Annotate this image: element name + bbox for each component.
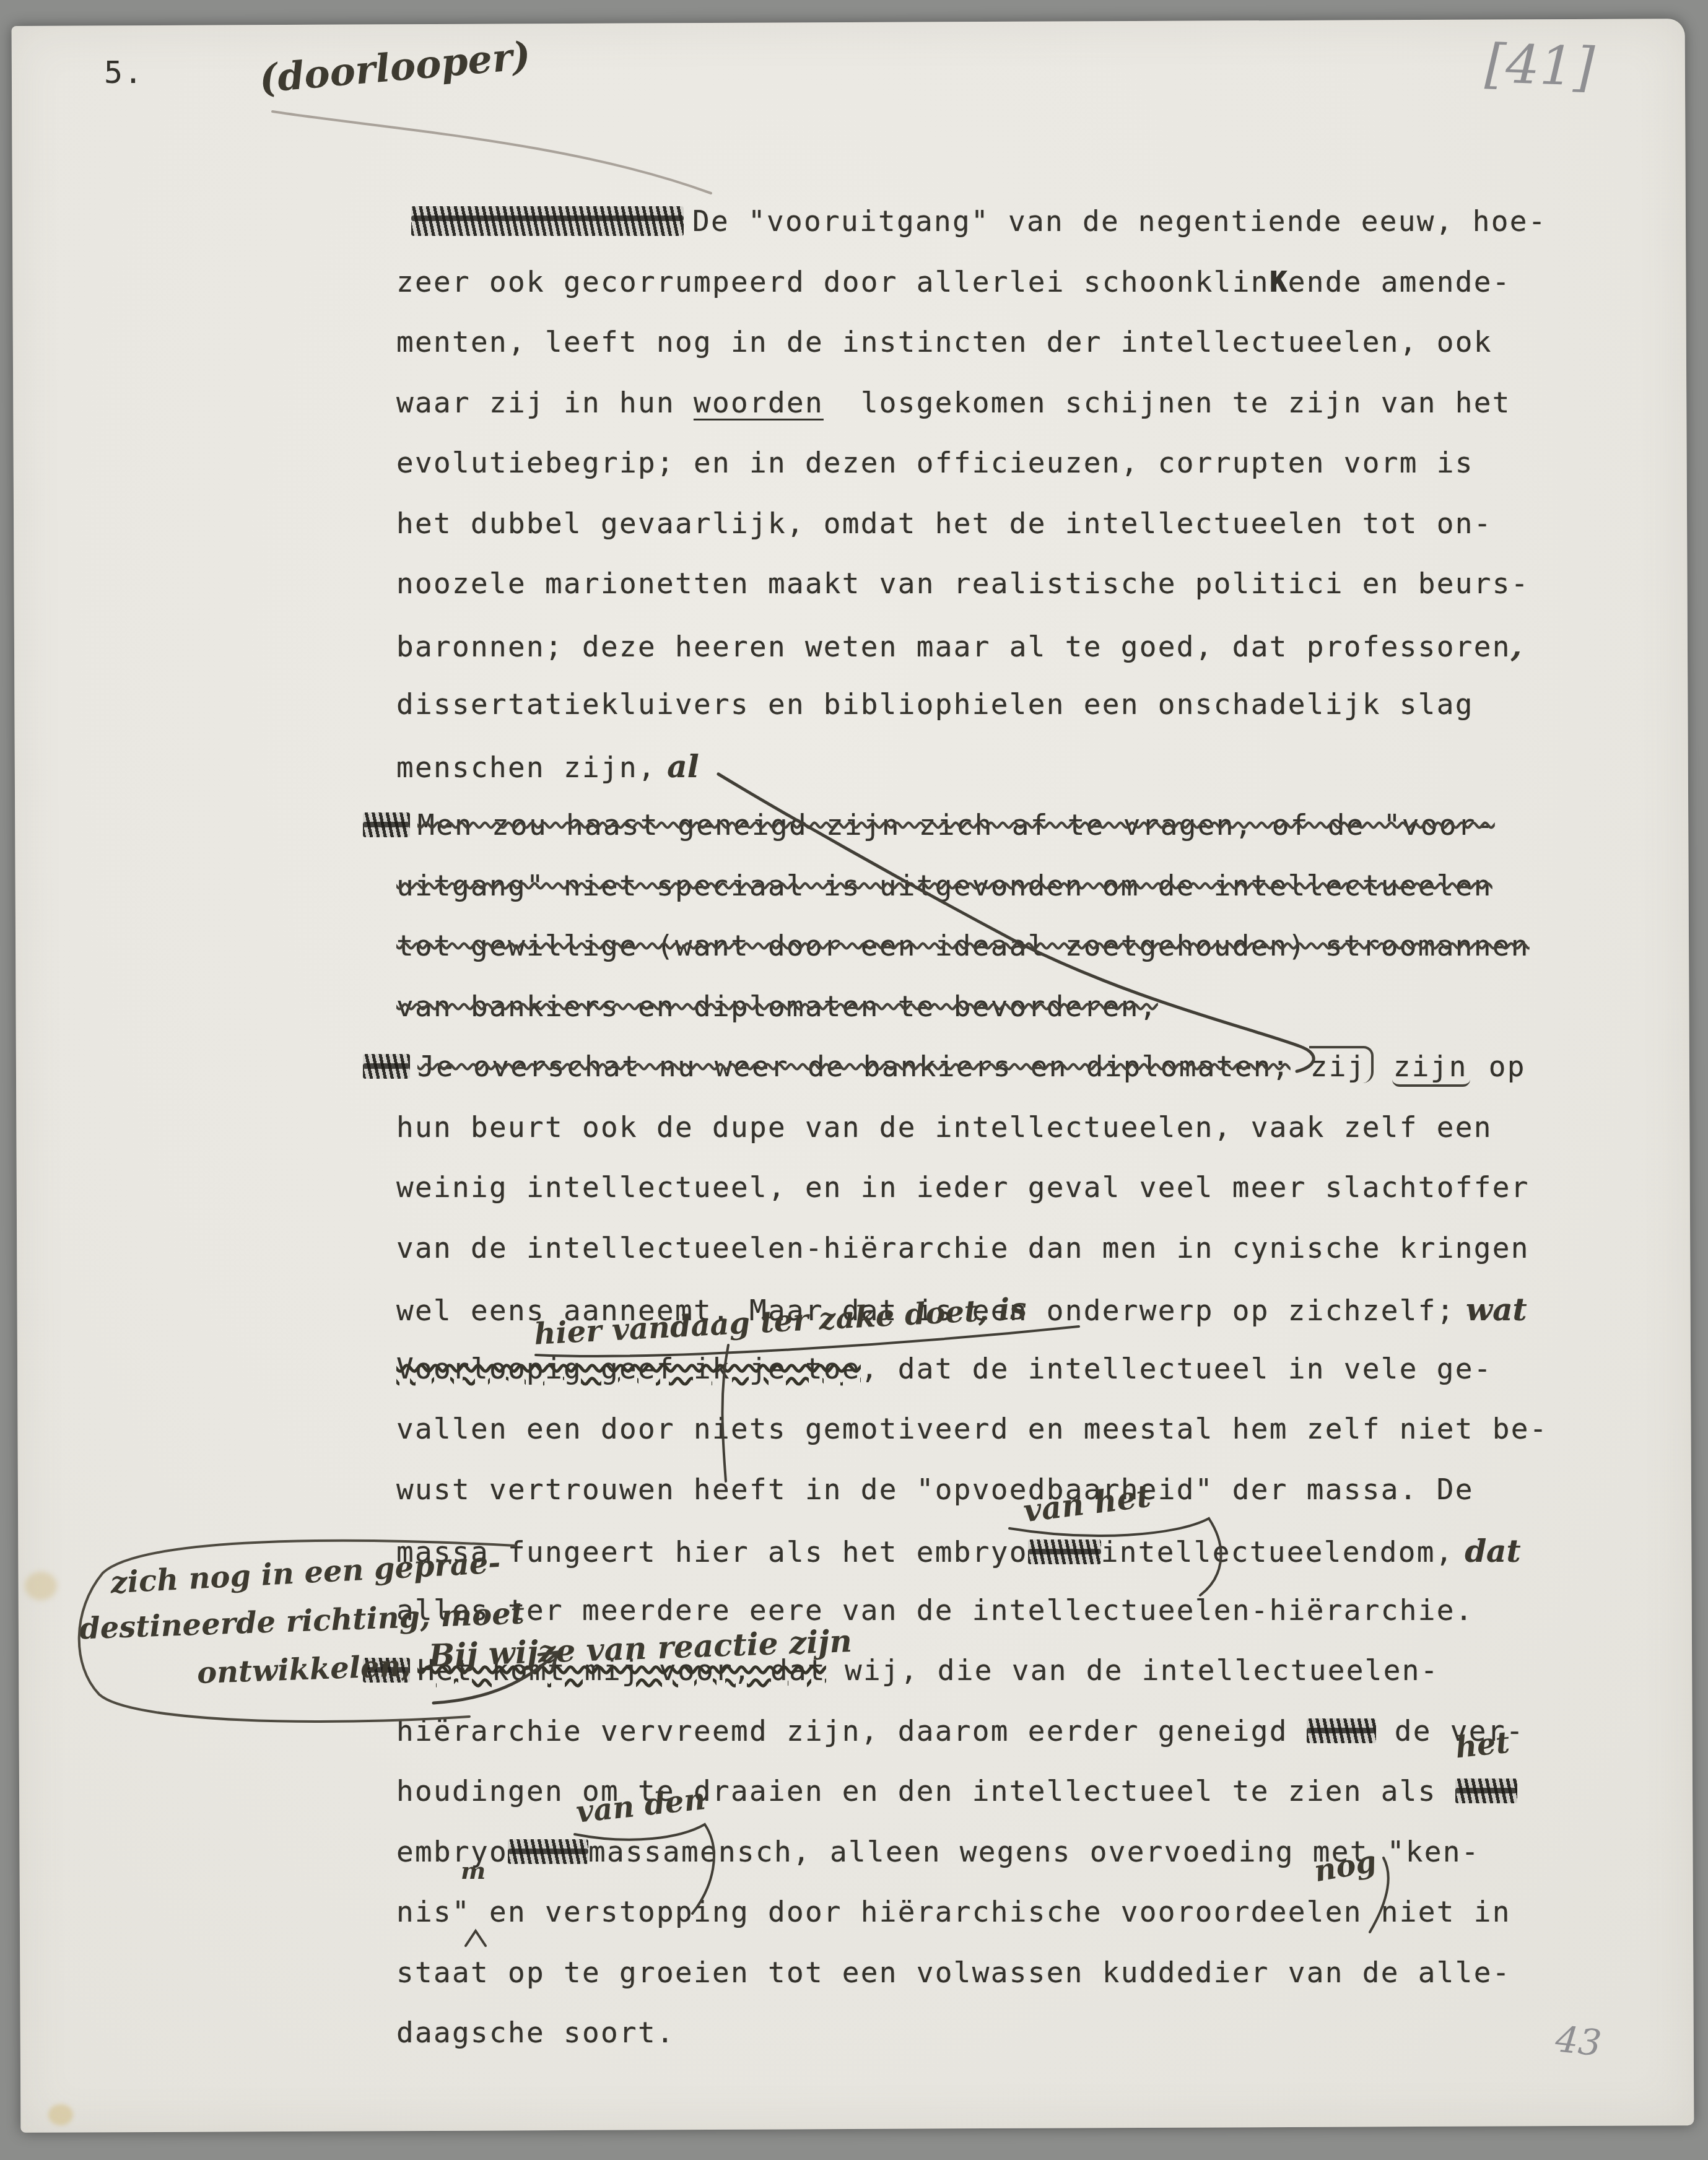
typed-line: De "vooruitgang" van de negentiende eeuw… xyxy=(396,204,1547,238)
typed-text-segment: woorden xyxy=(694,386,824,419)
insert-het: het xyxy=(1453,1725,1511,1766)
typed-text-segment: losgekomen schijnen te zijn van het xyxy=(824,386,1511,419)
typed-text-segment xyxy=(1291,1050,1309,1083)
typed-line: tot gewillige (want door een ideaal zoet… xyxy=(396,929,1530,962)
typed-text-segment: daagsche soort. xyxy=(396,2016,675,2049)
handwritten-inline-text: , xyxy=(1511,627,1522,664)
typed-text-segment: uitgang" niet speciaal is uitgevonden om… xyxy=(396,869,1492,902)
typed-text-segment: menten, leeft nog in de instincten der i… xyxy=(396,325,1492,359)
typed-text-segment: zijn xyxy=(1392,1050,1470,1087)
scanned-manuscript-page: { "page": { "number_label": "5.", "heade… xyxy=(0,0,1708,2160)
typed-line: menschen zijn, al xyxy=(396,748,699,785)
typed-text-segment: nis" en verstopping door hiërarchische v… xyxy=(396,1895,1511,1928)
typed-line: noozele marionetten maakt van realistisc… xyxy=(396,567,1530,600)
typed-text-segment: waar zij in hun xyxy=(396,386,694,419)
typed-line: van bankiers en diplomaten te bevorderen… xyxy=(396,990,1158,1023)
typed-text-segment: hiërarchie vervreemd zijn, daarom eerder… xyxy=(396,1714,1307,1748)
scratched-out-text xyxy=(363,812,410,837)
typed-text-segment: , dat de intellectueel in vele ge- xyxy=(861,1352,1492,1385)
typed-text-segment: alles ter meerdere eere van de intellect… xyxy=(396,1593,1474,1627)
typed-line: Je overschat nu weer de bankiers en dipl… xyxy=(396,1050,1526,1083)
handwritten-inline-text: al xyxy=(656,748,699,785)
typed-line: van de intellectueelen-hiërarchie dan me… xyxy=(396,1231,1530,1265)
typed-text-segment: van bankiers en diplomaten te bevorderen… xyxy=(396,990,1158,1023)
typed-line: weinig intellectueel, en in ieder geval … xyxy=(396,1170,1530,1204)
typed-line: alles ter meerdere eere van de intellect… xyxy=(396,1593,1474,1627)
typed-text-segment: intellectueelendom, xyxy=(1101,1535,1454,1569)
typed-text-segment: K xyxy=(1270,265,1288,298)
typed-line: vallen een door niets gemotiveerd en mee… xyxy=(396,1412,1548,1445)
paper-stain xyxy=(25,1572,57,1600)
typed-line: zeer ook gecorrumpeerd door allerlei sch… xyxy=(396,265,1511,298)
typed-line: het dubbel gevaarlijk, omdat het de inte… xyxy=(396,507,1492,540)
typed-text-segment: Men zou haast geneigd zijn zich af te vr… xyxy=(417,808,1495,842)
typed-text-segment: noozele marionetten maakt van realistisc… xyxy=(396,567,1530,600)
scratched-out-text xyxy=(1028,1539,1101,1564)
typed-text-segment: vallen een door niets gemotiveerd en mee… xyxy=(396,1412,1548,1445)
typed-text-segment: wij, die van de intellectueelen- xyxy=(826,1653,1439,1687)
typed-line: waar zij in hun woorden losgekomen schij… xyxy=(396,386,1511,419)
scratched-out-text xyxy=(363,1054,410,1079)
typed-line: daagsche soort. xyxy=(396,2016,675,2049)
typed-line: evolutiebegrip; en in dezen officieuzen,… xyxy=(396,446,1474,479)
typed-line: Voorloopig geef ik je toe, dat de intell… xyxy=(396,1352,1492,1385)
typed-text-segment: tot gewillige (want door een ideaal zoet… xyxy=(396,929,1530,962)
typed-text-segment: zeer ook gecorrumpeerd door allerlei sch… xyxy=(396,265,1270,298)
scratched-out-text xyxy=(1307,1718,1376,1743)
typed-text-segment: evolutiebegrip; en in dezen officieuzen,… xyxy=(396,446,1474,479)
scratched-out-text xyxy=(411,206,684,236)
typed-text-segment: van de intellectueelen-hiërarchie dan me… xyxy=(396,1231,1530,1265)
handwritten-inline-text: dat xyxy=(1454,1533,1521,1569)
typed-text-segment: zij xyxy=(1309,1046,1374,1083)
typed-line: Men zou haast geneigd zijn zich af te vr… xyxy=(396,808,1495,842)
typed-line: staat op te groeien tot een volwassen ku… xyxy=(396,1956,1511,1989)
typed-text-segment: dissertatiekluivers en bibliophielen een… xyxy=(396,687,1474,721)
typed-text-segment: weinig intellectueel, en in ieder geval … xyxy=(396,1170,1530,1204)
typed-text-segment: hun beurt ook de dupe van de intellectue… xyxy=(396,1110,1492,1144)
typed-text-segment: op xyxy=(1470,1050,1526,1083)
typed-line: nis" en verstopping door hiërarchische v… xyxy=(396,1895,1511,1928)
typed-text-segment: menschen zijn, xyxy=(396,751,656,784)
typed-text-segment: Je overschat nu weer de bankiers en dipl… xyxy=(417,1050,1291,1083)
typed-line: houdingen om te draaien en den intellect… xyxy=(396,1774,1517,1808)
typed-text-segment: baronnen; deze heeren weten maar al te g… xyxy=(396,630,1511,663)
archive-number: [41] xyxy=(1484,33,1595,98)
corner-number: 43 xyxy=(1554,2018,1604,2064)
typed-text-segment: wust vertrouwen heeft in de "opvoedbaarh… xyxy=(396,1473,1474,1506)
typed-line: uitgang" niet speciaal is uitgevonden om… xyxy=(396,869,1492,902)
typed-line: wust vertrouwen heeft in de "opvoedbaarh… xyxy=(396,1473,1474,1506)
page-number: 5. xyxy=(104,54,144,90)
typed-text-segment: staat op te groeien tot een volwassen ku… xyxy=(396,1956,1511,1989)
typed-text-segment: De "vooruitgang" van de negentiende eeuw… xyxy=(692,204,1547,238)
paper-stain xyxy=(48,2104,73,2125)
insert-m: m xyxy=(461,1857,486,1884)
typed-line: dissertatiekluivers en bibliophielen een… xyxy=(396,687,1474,721)
scratched-out-text xyxy=(508,1839,588,1864)
scratched-out-text xyxy=(1455,1779,1517,1803)
typed-line: menten, leeft nog in de instincten der i… xyxy=(396,325,1492,359)
typed-text-segment xyxy=(1374,1050,1392,1083)
typed-text-segment: houdingen om te draaien en den intellect… xyxy=(396,1774,1455,1808)
typed-text-segment: ende amende- xyxy=(1288,265,1511,298)
typed-line: massa fungeert hier als het embryointell… xyxy=(396,1533,1521,1569)
typed-text-segment: embryo xyxy=(396,1835,508,1868)
typed-line: hun beurt ook de dupe van de intellectue… xyxy=(396,1110,1492,1144)
typed-line: baronnen; deze heeren weten maar al te g… xyxy=(396,627,1522,664)
typed-text-segment: Voorloopig geef ik je toe xyxy=(396,1352,861,1385)
handwritten-inline-text: wat xyxy=(1455,1291,1527,1328)
typed-text-segment: het dubbel gevaarlijk, omdat het de inte… xyxy=(396,507,1492,540)
typed-line: hiërarchie vervreemd zijn, daarom eerder… xyxy=(396,1714,1525,1748)
